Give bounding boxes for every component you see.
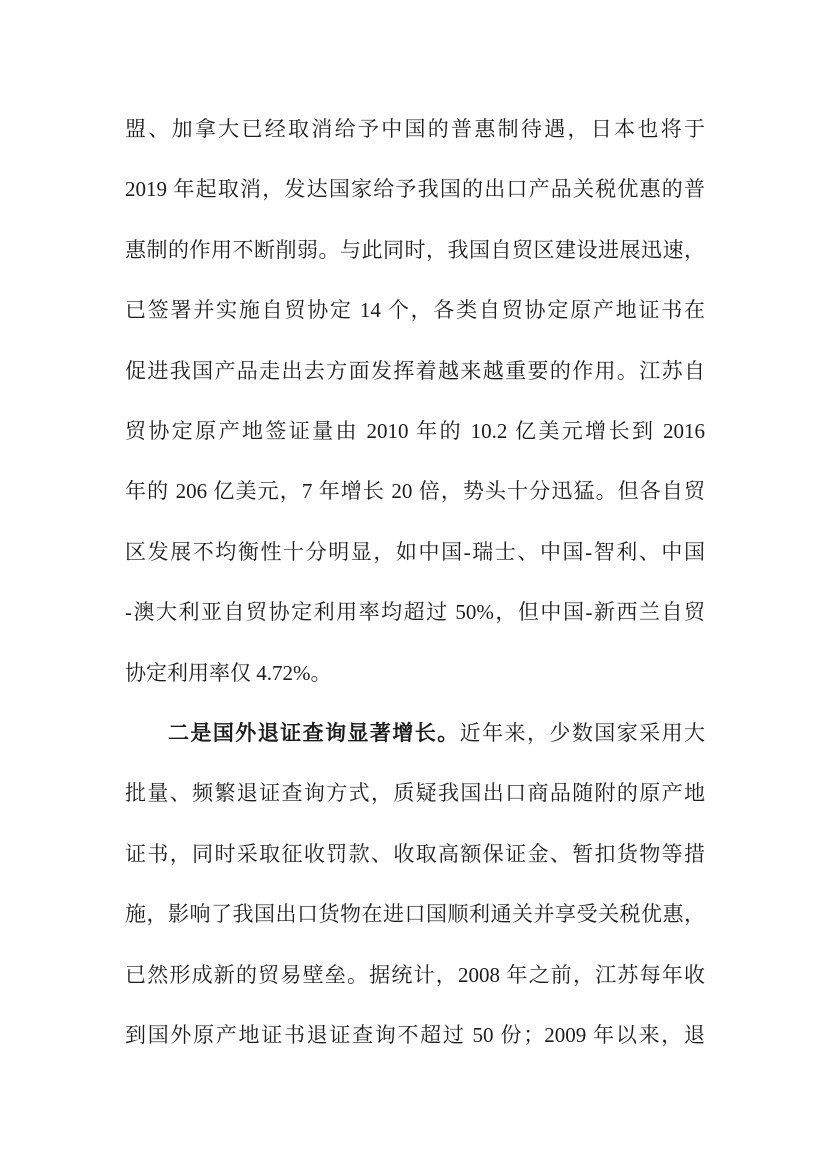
document-body-text: 盟、加拿大已经取消给予中国的普惠制待遇，日本也将于 2019 年起取消，发达国家… <box>125 99 705 1066</box>
text-line: 施，影响了我国出口货物在进口国顺利通关并享受关税优惠， <box>125 884 705 944</box>
document-page: 盟、加拿大已经取消给予中国的普惠制待遇，日本也将于 2019 年起取消，发达国家… <box>0 0 827 1169</box>
text-line: 批量、频繁退证查询方式，质疑我国出口商品随附的原产地 <box>125 763 705 823</box>
text-line: 2019 年起取消，发达国家给予我国的出口产品关税优惠的普 <box>125 159 705 219</box>
text-line: 惠制的作用不断削弱。与此同时，我国自贸区建设进展迅速， <box>125 220 705 280</box>
text-line: 到国外原产地证书退证查询不超过 50 份；2009 年以来，退 <box>125 1005 705 1065</box>
text-line: 证书，同时采取征收罚款、收取高额保证金、暂扣货物等措 <box>125 824 705 884</box>
text-line: 贸协定原产地签证量由 2010 年的 10.2 亿美元增长到 2016 <box>125 401 705 461</box>
text-line: 盟、加拿大已经取消给予中国的普惠制待遇，日本也将于 <box>125 99 705 159</box>
bold-subheading: 二是国外退证查询显著增长。 <box>168 721 460 745</box>
text-line: -澳大利亚自贸协定利用率均超过 50%，但中国-新西兰自贸 <box>125 582 705 642</box>
text-line-paragraph-start: 二是国外退证查询显著增长。近年来，少数国家采用大 <box>125 703 705 763</box>
text-line: 已签署并实施自贸协定 14 个，各类自贸协定原产地证书在 <box>125 280 705 340</box>
text-line: 年的 206 亿美元，7 年增长 20 倍，势头十分迅猛。但各自贸 <box>125 461 705 521</box>
text-line: 区发展不均衡性十分明显，如中国-瑞士、中国-智利、中国 <box>125 522 705 582</box>
text-line: 已然形成新的贸易壁垒。据统计，2008 年之前，江苏每年收 <box>125 945 705 1005</box>
text-line: 促进我国产品走出去方面发挥着越来越重要的作用。江苏自 <box>125 341 705 401</box>
text-run: 近年来，少数国家采用大 <box>460 721 705 745</box>
text-line-paragraph-end: 协定利用率仅 4.72%。 <box>125 643 705 703</box>
